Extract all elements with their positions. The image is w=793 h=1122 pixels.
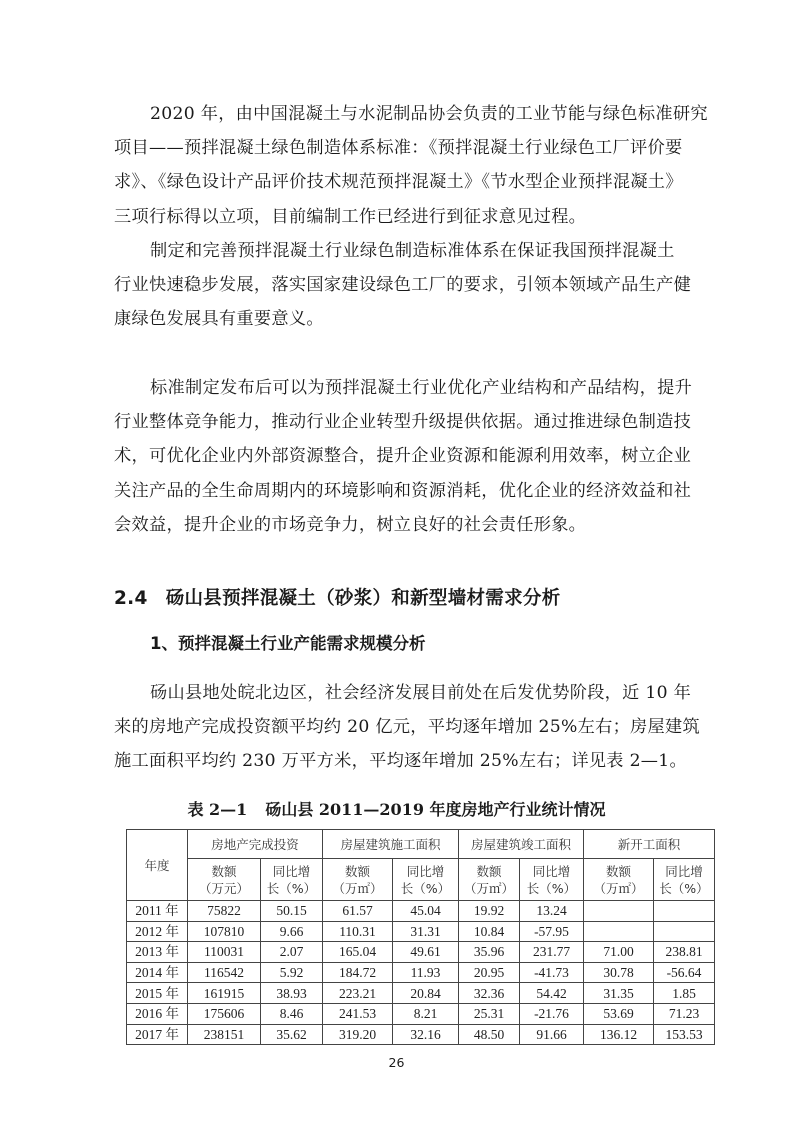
table-cell: 54.42 (520, 983, 584, 1004)
table-cell: 110.31 (323, 921, 393, 942)
table-cell: -41.73 (520, 962, 584, 983)
page-number: 26 (0, 1055, 793, 1070)
table-cell: 30.78 (584, 962, 654, 983)
section-number: 2.4 (114, 588, 148, 609)
header-year: 年度 (127, 830, 188, 901)
table-cell: 231.77 (520, 942, 584, 963)
table-cell: 165.04 (323, 942, 393, 963)
section-title: 砀山县预拌混凝土（砂浆）和新型墙材需求分析 (166, 588, 561, 609)
header-group-completed-area: 房屋建筑竣工面积 (459, 830, 584, 859)
table-cell: 223.21 (323, 983, 393, 1004)
table-row: 2012 年1078109.66110.3131.3110.84-57.95 (127, 921, 715, 942)
table-cell: 20.84 (393, 983, 459, 1004)
table-cell (654, 921, 715, 942)
table-cell: 8.46 (261, 1003, 323, 1024)
cell-year: 2013 年 (127, 942, 188, 963)
table-cell: 107810 (188, 921, 261, 942)
text-line: 三项行标得以立项，目前编制工作已经进行到征求意见过程。 (114, 200, 686, 234)
table-cell: 5.92 (261, 962, 323, 983)
table-cell: 136.12 (584, 1024, 654, 1045)
table-body: 2011 年7582250.1561.5745.0419.9213.242012… (127, 901, 715, 1045)
table-cell: 49.61 (393, 942, 459, 963)
table-cell: 241.53 (323, 1003, 393, 1024)
subheader-growth: 同比增长（%） (520, 859, 584, 901)
table-cell: 184.72 (323, 962, 393, 983)
table-row: 2015 年16191538.93223.2120.8432.3654.4231… (127, 983, 715, 1004)
text-line: 砀山县地处皖北边区，社会经济发展目前处在后发优势阶段，近 10 年 (114, 676, 686, 710)
table-cell: 91.66 (520, 1024, 584, 1045)
real-estate-stats-table: 年度 房地产完成投资 房屋建筑施工面积 房屋建筑竣工面积 新开工面积 数额（万元… (126, 829, 715, 1045)
table-cell: 2.07 (261, 942, 323, 963)
table-row: 2016 年1756068.46241.538.2125.31-21.7653.… (127, 1003, 715, 1024)
text-line: 关注产品的全生命周期内的环境影响和资源消耗，优化企业的经济效益和社 (114, 474, 686, 508)
subheader-amount: 数额（万㎡） (459, 859, 520, 901)
table-cell: 175606 (188, 1003, 261, 1024)
table-cell: 238.81 (654, 942, 715, 963)
table-cell: 31.35 (584, 983, 654, 1004)
text-line: 制定和完善预拌混凝土行业绿色制造标准体系在保证我国预拌混凝土 (114, 234, 686, 268)
cell-year: 2014 年 (127, 962, 188, 983)
subheader-growth: 同比增长（%） (261, 859, 323, 901)
table-cell: 238151 (188, 1024, 261, 1045)
table-cell (584, 921, 654, 942)
table-cell: 25.31 (459, 1003, 520, 1024)
subheader-amount: 数额（万㎡） (584, 859, 654, 901)
paragraph-standards-project: 2020 年，由中国混凝土与水泥制品协会负责的工业节能与绿色标准研究 项目——预… (114, 97, 686, 234)
cell-year: 2012 年 (127, 921, 188, 942)
table-cell: 8.21 (393, 1003, 459, 1024)
table-row: 2014 年1165425.92184.7211.9320.95-41.7330… (127, 962, 715, 983)
header-group-construction-area: 房屋建筑施工面积 (323, 830, 459, 859)
table-cell: 319.20 (323, 1024, 393, 1045)
text-line: 项目——预拌混凝土绿色制造体系标准：《预拌混凝土行业绿色工厂评价要 (114, 131, 686, 165)
text-line: 术，可优化企业内外部资源整合，提升企业资源和能源利用效率，树立企业 (114, 439, 686, 473)
cell-year: 2015 年 (127, 983, 188, 1004)
table-cell: 35.62 (261, 1024, 323, 1045)
table-cell: 48.50 (459, 1024, 520, 1045)
table-cell: 53.69 (584, 1003, 654, 1024)
table-cell: 35.96 (459, 942, 520, 963)
table-caption-label: 表 2—1 (187, 800, 247, 819)
table-row: 2013 年1100312.07165.0449.6135.96231.7771… (127, 942, 715, 963)
text-line: 会效益，提升企业的市场竞争力，树立良好的社会责任形象。 (114, 508, 686, 542)
text-line: 行业整体竞争能力，推动行业企业转型升级提供依据。通过推进绿色制造技 (114, 405, 686, 439)
table-cell: 161915 (188, 983, 261, 1004)
text-line: 行业快速稳步发展，落实国家建设绿色工厂的要求，引领本领域产品生产健 (114, 268, 686, 302)
subsection-heading: 1、预拌混凝土行业产能需求规模分析 (150, 630, 425, 654)
header-group-investment: 房地产完成投资 (188, 830, 323, 859)
table-cell: 32.16 (393, 1024, 459, 1045)
table-cell: 10.84 (459, 921, 520, 942)
subheader-growth: 同比增长（%） (393, 859, 459, 901)
cell-year: 2011 年 (127, 901, 188, 922)
table-cell: 116542 (188, 962, 261, 983)
table-cell: -56.64 (654, 962, 715, 983)
table-cell: -57.95 (520, 921, 584, 942)
table-cell: 71.23 (654, 1003, 715, 1024)
section-heading: 2.4砀山县预拌混凝土（砂浆）和新型墙材需求分析 (114, 584, 561, 610)
table-cell (654, 901, 715, 922)
paragraph-benefits: 标准制定发布后可以为预拌混凝土行业优化产业结构和产品结构，提升 行业整体竞争能力… (114, 371, 686, 542)
table-subheader-row: 数额（万元） 同比增长（%） 数额（万㎡） 同比增长（%） 数额（万㎡） 同比增… (127, 859, 715, 901)
table-cell: 13.24 (520, 901, 584, 922)
table-row: 2017 年23815135.62319.2032.1648.5091.6613… (127, 1024, 715, 1045)
subheader-growth: 同比增长（%） (654, 859, 715, 901)
text-line: 求》、《绿色设计产品评价技术规范预拌混凝土》《节水型企业预拌混凝土》 (114, 165, 686, 199)
table-cell: 1.85 (654, 983, 715, 1004)
table-row: 2011 年7582250.1561.5745.0419.9213.24 (127, 901, 715, 922)
table-cell: 19.92 (459, 901, 520, 922)
text-line: 康绿色发展具有重要意义。 (114, 302, 686, 336)
header-group-new-start-area: 新开工面积 (584, 830, 715, 859)
table-cell: 31.31 (393, 921, 459, 942)
table-cell: 75822 (188, 901, 261, 922)
table-caption-title: 砀山县 2011—2019 年度房地产行业统计情况 (265, 800, 605, 819)
table-caption: 表 2—1砀山县 2011—2019 年度房地产行业统计情况 (0, 797, 793, 820)
table-cell: 11.93 (393, 962, 459, 983)
table-header-row: 年度 房地产完成投资 房屋建筑施工面积 房屋建筑竣工面积 新开工面积 (127, 830, 715, 859)
table-cell (584, 901, 654, 922)
table-cell: 71.00 (584, 942, 654, 963)
table-cell: 45.04 (393, 901, 459, 922)
cell-year: 2016 年 (127, 1003, 188, 1024)
document-page: 2020 年，由中国混凝土与水泥制品协会负责的工业节能与绿色标准研究 项目——预… (0, 0, 793, 1122)
paragraph-market-overview: 砀山县地处皖北边区，社会经济发展目前处在后发优势阶段，近 10 年 来的房地产完… (114, 676, 686, 779)
table-cell: 50.15 (261, 901, 323, 922)
table-cell: 9.66 (261, 921, 323, 942)
table-cell: 110031 (188, 942, 261, 963)
text-line: 标准制定发布后可以为预拌混凝土行业优化产业结构和产品结构，提升 (114, 371, 686, 405)
subheader-amount: 数额（万㎡） (323, 859, 393, 901)
table-cell: 61.57 (323, 901, 393, 922)
table-cell: 153.53 (654, 1024, 715, 1045)
table-cell: 38.93 (261, 983, 323, 1004)
text-line: 来的房地产完成投资额平均约 20 亿元，平均逐年增加 25%左右；房屋建筑 (114, 710, 686, 744)
subheader-amount: 数额（万元） (188, 859, 261, 901)
text-line: 施工面积平均约 230 万平方米，平均逐年增加 25%左右；详见表 2—1。 (114, 744, 686, 778)
table-cell: -21.76 (520, 1003, 584, 1024)
cell-year: 2017 年 (127, 1024, 188, 1045)
paragraph-significance: 制定和完善预拌混凝土行业绿色制造标准体系在保证我国预拌混凝土 行业快速稳步发展，… (114, 234, 686, 337)
table-cell: 20.95 (459, 962, 520, 983)
table-cell: 32.36 (459, 983, 520, 1004)
text-line: 2020 年，由中国混凝土与水泥制品协会负责的工业节能与绿色标准研究 (114, 97, 686, 131)
